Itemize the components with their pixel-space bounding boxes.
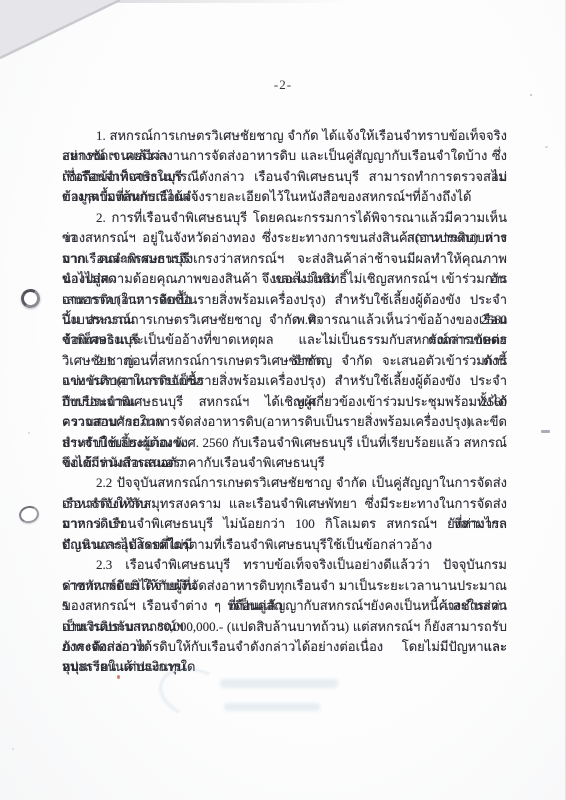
text-line: มาก คณะกรรมการจึงเกรงว่าสหกรณ์ฯ จะส่งสิน… bbox=[62, 249, 507, 269]
margin-pencil-dash bbox=[541, 430, 550, 433]
text-line: ข้อเท็จจริงและเป็นข้ออ้างที่ขาดเหตุผล แล… bbox=[62, 330, 507, 350]
text-line: 1. สหกรณ์การเกษตรวิเศษชัยชาญ จำกัด ได้แจ… bbox=[62, 126, 507, 146]
stamp-text-smudge-1 bbox=[220, 679, 338, 688]
text-line: อาหารดิบ(อาหารดิบเป็นรายสิ่งพร้อมเครื่อง… bbox=[62, 371, 507, 391]
text-line: 2.1. ก่อนที่สหกรณ์การเกษตรวิเศษชัยชาญ จำ… bbox=[62, 351, 507, 371]
text-line: ขอเข้าร่วมการเสนอราคากับเรือนจำพิเศษธนบุ… bbox=[62, 453, 507, 473]
text-line: ยังคงจัดส่งอาหารดิบให้กับเรือนจำดังกล่าว… bbox=[62, 637, 507, 657]
text-line: ปัญหาและอุปสรรคใดๆตามที่เรือนจำพิเศษธนบุ… bbox=[62, 535, 507, 555]
text-line: 2.2 ปัจจุบันสหกรณ์การเกษตรวิเศษชัยชาญ จำ… bbox=[62, 473, 507, 493]
text-line: 2. การที่เรือนจำพิเศษธนบุรี โดยคณะกรรมกา… bbox=[62, 208, 507, 228]
scanned-document-page: -2- 1. สหกรณ์การเกษตรวิเศษชัยชาญ จำกัด ไ… bbox=[0, 0, 566, 800]
stamp-text-smudge-2 bbox=[224, 703, 320, 711]
document-body-text: 1. สหกรณ์การเกษตรวิเศษชัยชาญ จำกัด ได้แจ… bbox=[62, 126, 507, 678]
text-line: นำไปสู่ความด้อยคุณภาพของสินค้า จึงขอสงวน… bbox=[62, 269, 507, 289]
scan-corner-background bbox=[0, 0, 130, 62]
red-ink-speck bbox=[117, 675, 120, 679]
text-line: 2.3 เรือนจำพิเศษธนบุรี ทราบข้อเท็จจริงเป… bbox=[62, 555, 507, 575]
scan-speck bbox=[28, 432, 30, 434]
text-line: ค่าอาหารดิบฯ ให้กับผู้ที่จัดส่งอาหารดิบท… bbox=[62, 576, 507, 596]
text-line: มากกว่าเรือนจำพิเศษธนบุรี ไม่น้อยกว่า 10… bbox=[62, 514, 507, 534]
text-line: กับเรือนจำพิเศษธนบุรี สหกรณ์ฯ ได้เชิญผู้… bbox=[62, 392, 507, 412]
scan-speck bbox=[530, 94, 532, 96]
scan-speck bbox=[545, 146, 548, 148]
text-line: เรือนจำจังหวัดสมุทรสงคราม และเรือนจำพิเศ… bbox=[62, 494, 507, 514]
text-line: นั้น สหกรณ์การเกษตรวิเศษชัยชาญ จำกัด พิจ… bbox=[62, 310, 507, 330]
scan-speck bbox=[12, 748, 14, 750]
text-line: ของสหกรณ์ฯ อยู่ในจังหวัดอ่างทอง ซึ่งระยะ… bbox=[62, 228, 507, 248]
page-number: -2- bbox=[0, 77, 566, 93]
text-line: สหกรณ์ ฯ เคยมีผลงานการจัดส่งอาหารดิบ และ… bbox=[62, 146, 507, 166]
text-line: ประจำปีงบประมาณ พ.ศ. 2560 กับเรือนจำพิเศ… bbox=[62, 433, 507, 453]
text-line: ต่างๆตามที่สหกรณ์ได้แจ้งรายละเอียดไว้ในห… bbox=[62, 187, 507, 207]
text-line: อาหารดิบ(อาหารดิบเป็นรายสิ่งพร้อมเครื่อง… bbox=[62, 290, 507, 310]
text-line: ของสหกรณ์ฯ เรือนจำต่าง ๆ ที่เป็นคู่สัญญา… bbox=[62, 596, 507, 616]
text-line: เชื่อถือข้อเท็จจริงในกรณีดังกล่าว เรือนจ… bbox=[62, 167, 507, 187]
text-line: เป็นเงินประมาณ 80,000,000.- (แปดสิบล้านบ… bbox=[62, 617, 507, 637]
punch-hole-bottom bbox=[17, 504, 41, 525]
scan-top-edge-shadow bbox=[0, 0, 350, 3]
text-line: ความสามารถในการจัดส่งอาหารดิบ(อาหารดิบเป… bbox=[62, 412, 507, 432]
text-line: หมุนเวียน แต่ประการใด bbox=[62, 657, 507, 677]
punch-hole-top bbox=[19, 287, 42, 310]
